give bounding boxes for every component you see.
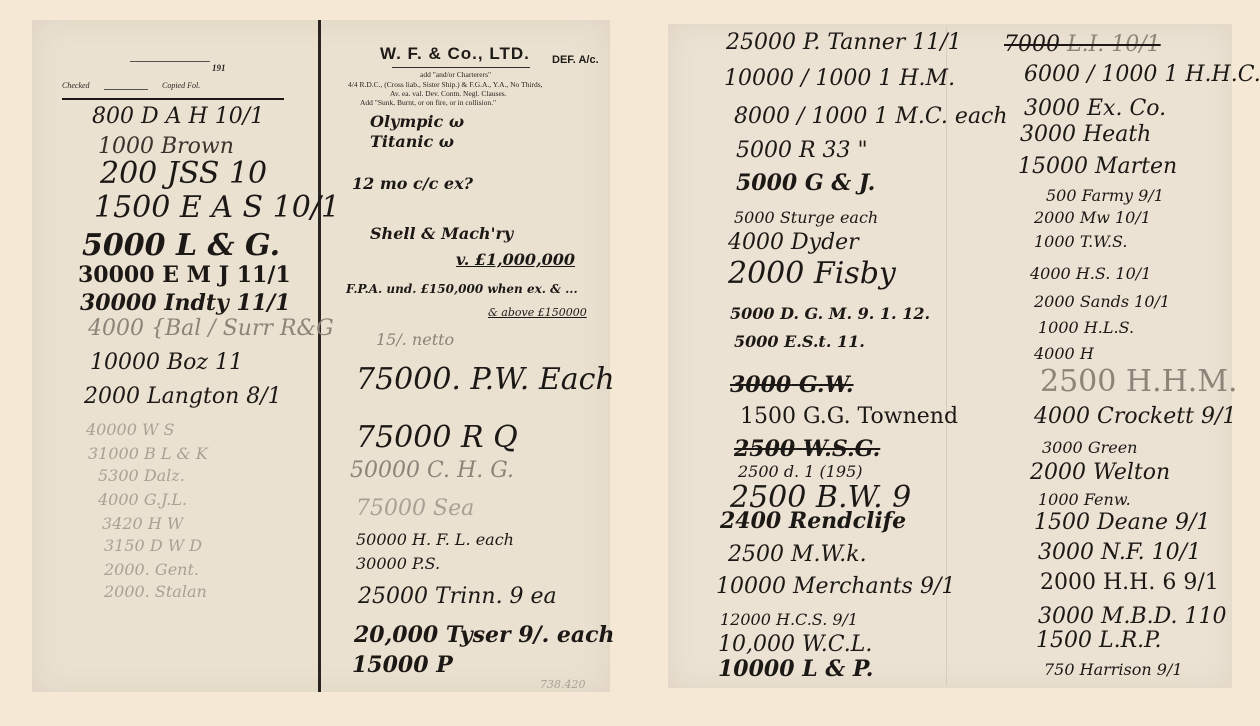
- note-line: 12 mo c/c ex?: [352, 174, 473, 193]
- ledger-entry: 25000 P. Tanner 11/1: [726, 30, 962, 55]
- ledger-entry: 4000 G.J.L.: [98, 490, 187, 509]
- ledger-entry: 3000 G.W.: [730, 372, 854, 398]
- clause-line: add "and/or Charterers": [420, 70, 491, 79]
- ledger-entry: 30000 E M J 11/1: [78, 262, 291, 288]
- page-divider: [318, 20, 321, 692]
- ledger-entry: 750 Harrison 9/1: [1044, 660, 1183, 679]
- ledger-entry: 5300 Dalz.: [98, 466, 185, 485]
- ledger-entry: 10000 Boz 11: [90, 350, 243, 375]
- ledger-entry: 2500 H.H.M.: [1040, 364, 1238, 399]
- company-title: W. F. & Co., LTD.: [380, 44, 530, 64]
- ledger-entry: 2000. Gent.: [104, 560, 199, 579]
- ledger-entry: 25000 Trinn. 9 ea: [358, 584, 557, 609]
- title-rule: [392, 67, 530, 68]
- ledger-entry: 12000 H.C.S. 9/1: [720, 610, 858, 629]
- ledger-entry: 3000 Ex. Co.: [1024, 96, 1166, 121]
- ledger-entry: 40000 W S: [86, 420, 175, 439]
- ledger-entry: 2000 Sands 10/1: [1034, 292, 1170, 311]
- ledger-entry: 4000 H: [1034, 344, 1094, 363]
- ledger-entry: 8000 / 1000 1 M.C. each: [734, 104, 1008, 129]
- ledger-entry: 2500 d. 1 (195): [738, 462, 863, 481]
- ledger-entry: 3000 N.F. 10/1: [1038, 540, 1201, 565]
- ledger-entry: 1000 Fenw.: [1038, 490, 1131, 509]
- ledger-entry: 2000 Welton: [1030, 460, 1170, 485]
- note-line: & above £150000: [488, 306, 587, 319]
- ledger-entry: 3000 M.B.D. 110: [1038, 604, 1227, 629]
- year-prefix: 191: [212, 63, 226, 73]
- ledger-entry: 2000 H.H. 6 9/1: [1040, 570, 1219, 595]
- header-rule: [62, 98, 284, 100]
- ledger-entry: 1000 T.W.S.: [1034, 232, 1127, 251]
- ledger-entry: 2400 Rendclife: [720, 508, 906, 534]
- ledger-entry: 5000 E.S.t. 11.: [734, 332, 865, 351]
- ledger-entry: 3000 Green: [1042, 438, 1137, 457]
- note-line: 15/. netto: [376, 330, 454, 349]
- ledger-entry: 30000 Indty 11/1: [80, 290, 290, 316]
- account-label: DEF. A/c.: [552, 54, 599, 66]
- checked-label: Checked: [62, 81, 90, 90]
- ledger-entry: 2000. Stalan: [104, 582, 207, 601]
- ledger-entry: 10000 Merchants 9/1: [716, 574, 955, 599]
- ledger-entry: 20,000 Tyser 9/. each: [354, 622, 615, 648]
- note-line: F.P.A. und. £150,000 when ex. & ...: [346, 282, 578, 296]
- ledger-entry: 1500 E A S 10/1: [94, 190, 340, 225]
- vessel-name: Olympic ω: [370, 112, 464, 131]
- ledger-entry: 75000 Sea: [356, 496, 474, 521]
- ledger-entry: 30000 P.S.: [356, 554, 440, 573]
- ledger-entry: 6000 / 1000 1 H.H.C.: [1024, 62, 1260, 87]
- ledger-entry: 200 JSS 10: [100, 156, 267, 191]
- ledger-entry: 2000 Langton 8/1: [84, 384, 282, 409]
- ledger-entry: 2500 M.W.k.: [728, 542, 867, 567]
- ledger-entry: 3150 D W D: [104, 536, 202, 555]
- checked-rule: [104, 89, 148, 90]
- note-line: Shell & Mach'ry: [370, 224, 513, 243]
- ledger-entry: 3420 H W: [102, 514, 183, 533]
- ledger-entry: 1500 G.G. Townend: [740, 404, 958, 429]
- ledger-entry: 5000 Sturge each: [734, 208, 878, 227]
- ledger-entry: 4000 {Bal / Surr R&G: [88, 316, 334, 341]
- ledger-entry: 50000 C. H. G.: [350, 458, 514, 483]
- ledger-entry: 31000 B L & K: [88, 444, 208, 463]
- ledger-entry: 5000 R 33 ": [736, 138, 868, 163]
- ledger-entry: 500 Farmy 9/1: [1046, 186, 1164, 205]
- ledger-entry: 5000 D. G. M. 9. 1. 12.: [730, 304, 930, 323]
- ledger-entry: 5000 G & J.: [736, 170, 875, 196]
- date-rule: [130, 61, 210, 62]
- ledger-entry: 2000 Mw 10/1: [1034, 208, 1151, 227]
- clause-line: 4/4 R.D.C., (Cross liab., Sister Ship.) …: [348, 80, 542, 89]
- ledger-entry: 4000 H.S. 10/1: [1030, 264, 1151, 283]
- copied-label: Copied Fol.: [162, 81, 200, 90]
- ledger-entry: 10000 L & P.: [718, 656, 873, 682]
- ledger-entry: 5000 L & G.: [82, 228, 280, 263]
- ledger-entry: 75000. P.W. Each: [356, 362, 615, 397]
- ledger-entry: 4000 Dyder: [728, 230, 859, 255]
- ledger-entry: 7000 L.I. 10/1: [1004, 32, 1161, 57]
- ledger-entry: 800 D A H 10/1: [92, 104, 264, 129]
- ledger-entry: 1500 Deane 9/1: [1034, 510, 1210, 535]
- note-line: v. £1,000,000: [456, 250, 575, 269]
- ledger-entry: 2000 Fisby: [728, 256, 896, 291]
- clause-line: Av. ea. val. Dev. Contn. Negl. Clauses.: [390, 89, 507, 98]
- ledger-entry: 1000 H.L.S.: [1038, 318, 1134, 337]
- clause-line: Add "Sunk, Burnt, or on fire, or in coll…: [360, 98, 496, 107]
- ledger-entry: 10000 / 1000 1 H.M.: [724, 66, 955, 91]
- ledger-entry: 3000 Heath: [1020, 122, 1151, 147]
- ledger-entry: 2500 W.S.G.: [734, 436, 880, 462]
- ledger-entry: 75000 R Q: [356, 420, 518, 455]
- ledger-entry: 1500 L.R.P.: [1036, 628, 1162, 653]
- ledger-entry: 15000 P: [352, 652, 453, 678]
- ledger-entry: 4000 Crockett 9/1: [1034, 404, 1236, 429]
- vessel-name: Titanic ω: [370, 132, 454, 151]
- stamp-number: 738.420: [540, 678, 586, 691]
- ledger-entry: 10,000 W.C.L.: [718, 632, 872, 657]
- ledger-entry: 15000 Marten: [1018, 154, 1177, 179]
- ledger-entry: 50000 H. F. L. each: [356, 530, 514, 549]
